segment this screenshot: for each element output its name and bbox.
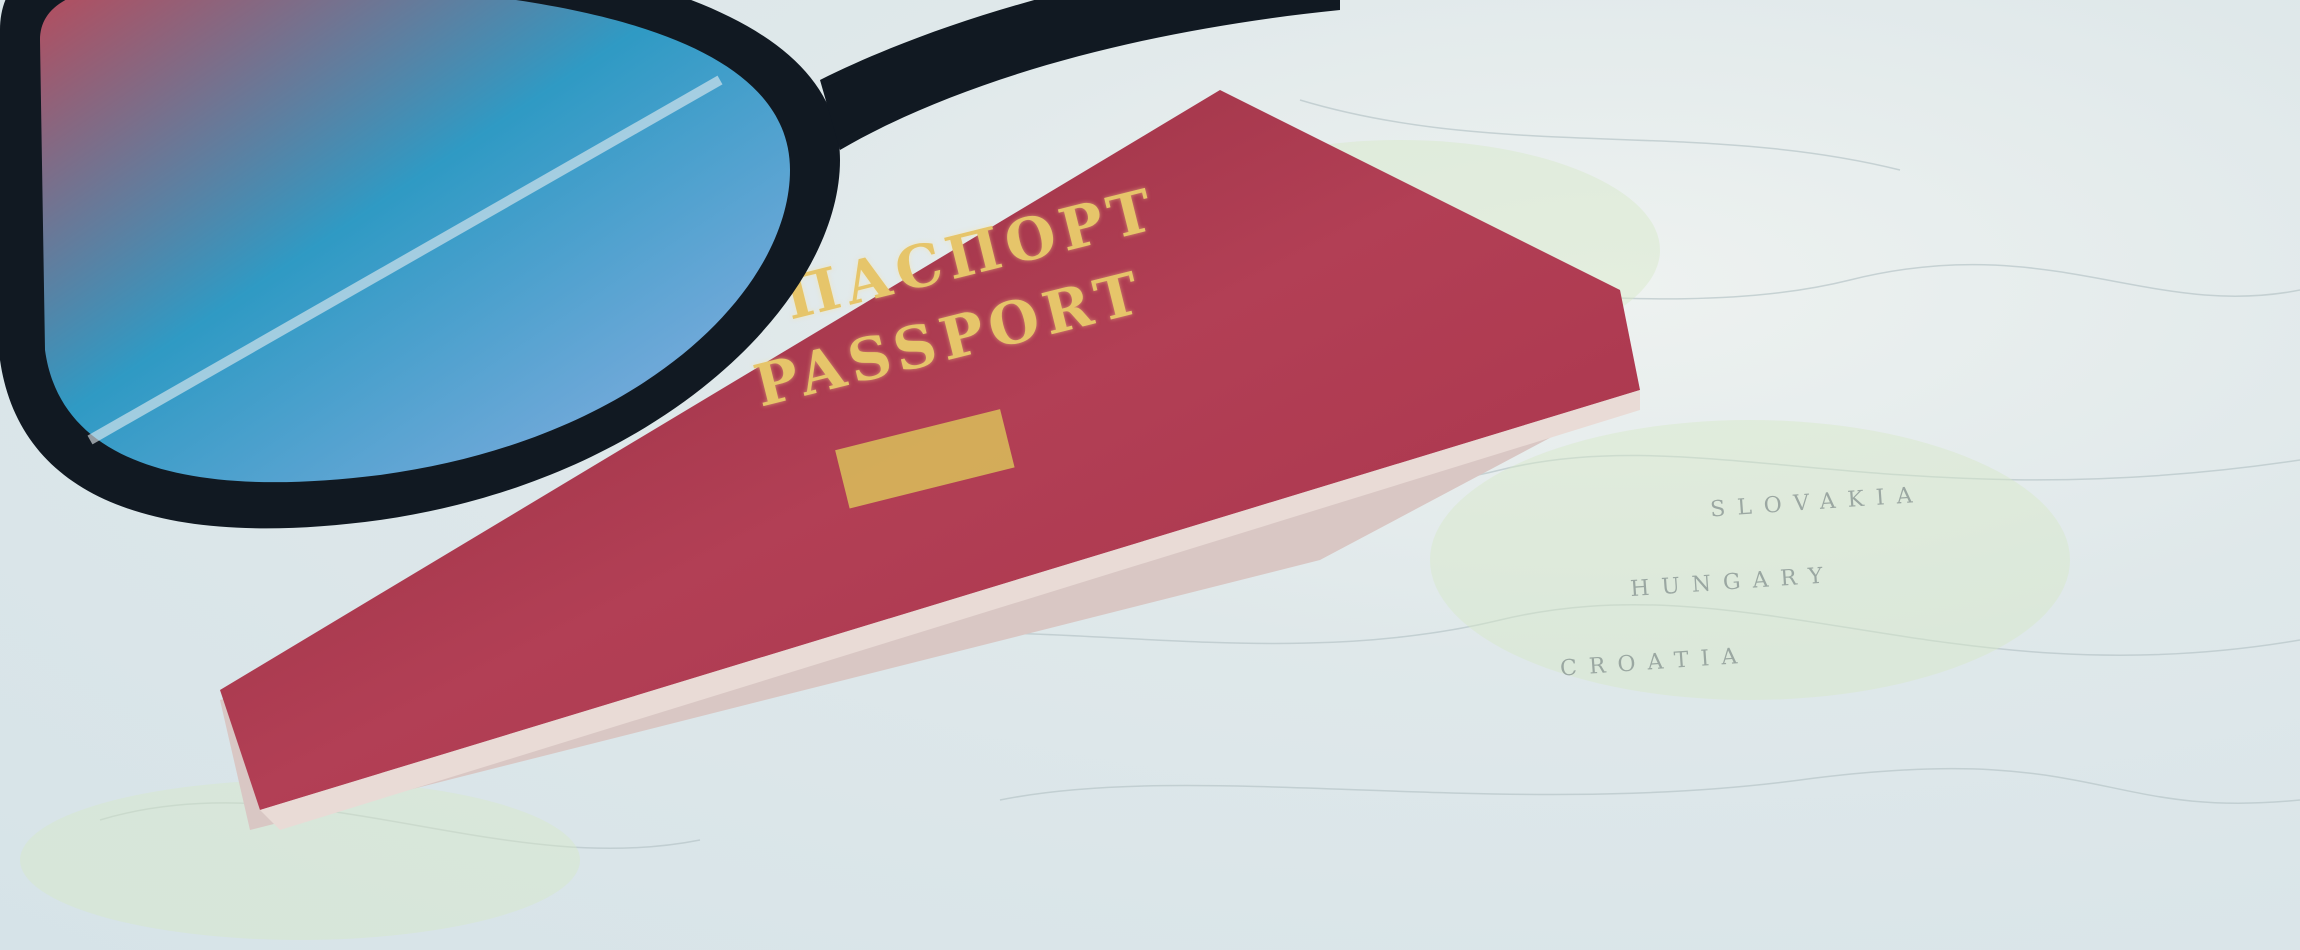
sunglasses (0, 0, 1360, 720)
